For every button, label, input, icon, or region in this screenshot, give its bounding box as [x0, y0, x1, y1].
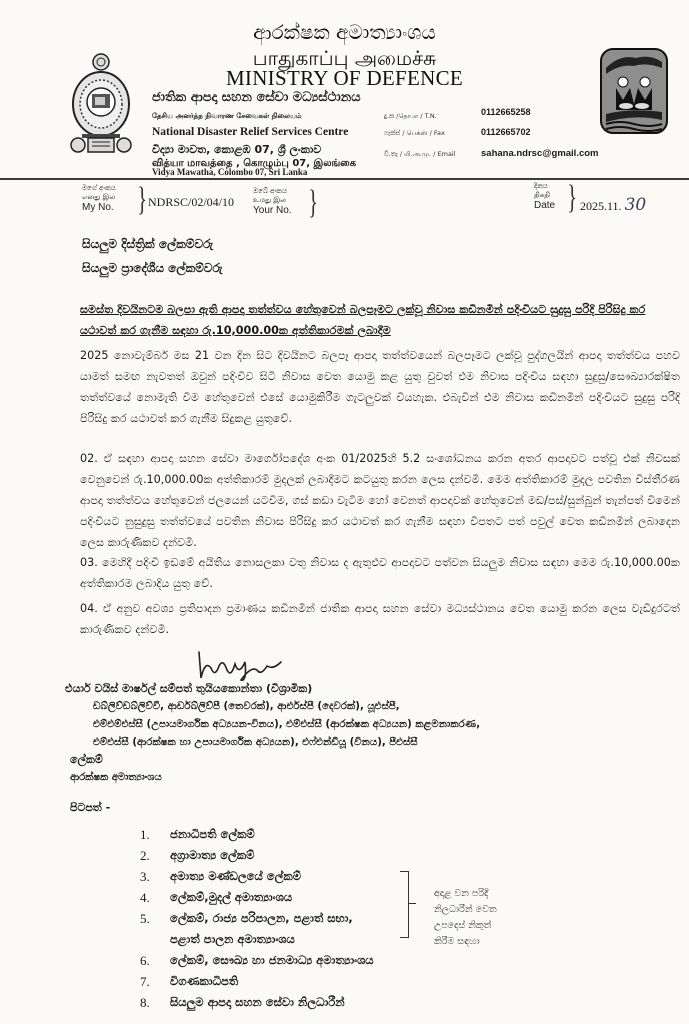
date-label: දිනය திகதி Date	[534, 182, 555, 211]
list-text: සියලුම ආපදා සහන සේවා නිලධාරීන්	[170, 995, 345, 1009]
list-item: 2.අග්‍රාමාත්‍ය ලේකම්	[140, 845, 374, 866]
copies-bracket	[400, 871, 409, 938]
my-no-value: NDRSC/02/04/10	[148, 195, 234, 210]
paragraph-4: 04. ඒ අනුව අවශ්‍ය ප්‍රතිපාදන ප්‍රමාණය කඩ…	[80, 598, 680, 640]
addressee-divisional-secretaries: සියලුම ප්‍රාදේශීය ලේකම්වරු	[82, 261, 223, 276]
date-printed: 2025.11.	[580, 199, 622, 213]
list-number: 8.	[140, 992, 150, 1013]
list-item: 4.ලේකම්,මුදල් අමාත්‍යාංශය	[140, 887, 374, 908]
list-item: 5.ලේකම්, රාජ්‍ය පරිපාලන, පළාත් සභා,පළාත්…	[140, 908, 374, 950]
copies-note-line: කිරීම සඳහා	[434, 934, 497, 950]
paragraph-2: 02. ඒ සඳහා ආපදා සහන සේවා මාර්ගෝපදේශ අංක …	[80, 448, 680, 553]
signatory-title: ලේකම්	[70, 753, 103, 767]
brace-icon: }	[137, 185, 147, 215]
signatory-qualifications-line-3: එම්එස්සී (ආරක්ෂක හා උපායමාර්ගික අධ්‍යයන)…	[93, 737, 418, 749]
copies-note-line: අදාළ වන පරිදි	[434, 886, 497, 902]
list-text: ලේකම්,මුදල් අමාත්‍යාංශය	[170, 890, 292, 904]
signatory-qualifications-line-2: එම්එම්එස්සී (උපායමාර්ගික අධ්‍යයන-විනය), …	[93, 719, 480, 731]
org-name-sinhala: ජාතික ආපදා සහන සේවා මධ්‍යස්ථානය	[152, 90, 361, 105]
my-no-label-tamil: எனது இல	[82, 193, 116, 202]
date-handwritten-day: 30	[625, 195, 647, 215]
list-text: ලේකම්, රාජ්‍ය පරිපාලන, පළාත් සභා,	[170, 911, 353, 925]
date-label-english: Date	[534, 200, 555, 211]
addressee-district-secretaries: සියලුම දිස්ත්‍රික් ලේකම්වරු	[82, 237, 213, 252]
my-no-label-sinhala: මගේ අංකය	[82, 184, 116, 193]
your-no-label-english: Your No.	[253, 205, 292, 216]
signatory-ministry: ආරක්ෂක අමාත්‍යාංශය	[70, 772, 162, 783]
copies-note-line: නිලධාරීන් වෙත	[434, 902, 497, 918]
date-label-sinhala: දිනය	[534, 182, 555, 191]
list-number: 6.	[140, 950, 150, 971]
list-text: ලේකම්, සෞඛ්‍ය හා ජනමාධ්‍ය අමාත්‍යාංශය	[170, 953, 374, 967]
list-text-continuation: පළාත් පාලන අමාත්‍යාංශය	[170, 929, 374, 950]
email-label: වි.තැ / மி.அ.மு. / Email	[384, 150, 456, 159]
list-number: 5.	[140, 908, 150, 929]
brace-icon: }	[308, 188, 318, 218]
letter-page: ආරක්ෂක අමාත්‍යාංශය பாதுகாப்பு அமைச்சு MI…	[0, 0, 689, 1024]
list-item: 8.සියලුම ආපදා සහන සේවා නිලධාරීන්	[140, 992, 374, 1013]
address-sinhala: විද්‍යා මාවත, කොළඹ 07, ශ්‍රී ලංකාව	[152, 143, 321, 157]
brace-icon: }	[567, 183, 577, 213]
telephone-label: දු.ක /தொ.எ / T.N.	[384, 112, 437, 121]
email-address: sahana.ndrsc@gmail.com	[481, 148, 599, 159]
copies-list: 1.ජනාධිපති ලේකම් 2.අග්‍රාමාත්‍ය ලේකම් 3.…	[140, 824, 374, 1013]
list-text: ජනාධිපති ලේකම්	[170, 827, 255, 841]
handwritten-signature	[195, 648, 285, 682]
your-no-label-sinhala: ඔබේ අංකය	[253, 187, 292, 196]
date-value: 2025.11. 30	[580, 195, 646, 215]
telephone-number: 0112665258	[481, 107, 531, 117]
date-label-tamil: திகதி	[534, 191, 555, 200]
org-name-english: National Disaster Relief Services Centre	[152, 126, 348, 138]
fax-number: 0112665702	[481, 127, 531, 137]
ministry-name-english: MINISTRY OF DEFENCE	[0, 66, 689, 91]
copies-label: පිටපත් -	[70, 801, 110, 815]
your-no-label: ඔබේ අංකය உமது இல Your No.	[253, 187, 292, 216]
copies-bracket-tick	[408, 903, 416, 904]
list-text: විගණකාධිපති	[170, 974, 238, 988]
signatory-name: එයාර් වයිස් මාර්ෂල් සම්පත් තුයියකොන්තා (…	[65, 682, 312, 696]
list-number: 7.	[140, 971, 150, 992]
signatory-qualifications-line-1: ඩබ්ලිව්ඩබ්ලිව්වී, ආර්ඩබ්ලිව්පී (තෙවරක්),…	[93, 701, 400, 713]
list-item: 7.විගණකාධිපති	[140, 971, 374, 992]
paragraph-3: 03. මෙහිදී පදිංචි ඉඩමේ අයිතිය නොසලකා වතු…	[80, 552, 680, 594]
copies-note: අදාළ වන පරිදි නිලධාරීන් වෙත උපදෙස් නිකුත…	[434, 886, 497, 950]
list-number: 3.	[140, 866, 150, 887]
list-number: 4.	[140, 887, 150, 908]
ministry-name-sinhala: ආරක්ෂක අමාත්‍යාංශය	[0, 20, 689, 44]
header-divider	[0, 178, 689, 180]
org-name-tamil: தேசிய அனர்த்த நிவாரண சேவைகள் நிலையம்	[152, 112, 302, 121]
list-item: 1.ජනාධිපති ලේකම්	[140, 824, 374, 845]
fax-label: ෆැක්ස් / பெக்ஸ் / Fax	[384, 129, 445, 138]
list-text: අග්‍රාමාත්‍ය ලේකම්	[170, 848, 254, 862]
copies-note-line: උපදෙස් නිකුත්	[434, 918, 497, 934]
paragraph-1: 2025 නොවැම්බර් මස 21 වන දින සිට දිවයිනට …	[80, 345, 680, 429]
letter-subject: සමස්ත දිවයිනටම බලපා ඇති ආපදා තත්ත්වය හේත…	[80, 299, 680, 341]
list-text: අමාත්‍ය මණ්ඩලයේ ලේකම්	[170, 869, 301, 883]
my-no-label-english: My No.	[82, 202, 116, 213]
my-no-label: මගේ අංකය எனது இல My No.	[82, 184, 116, 213]
address-english: Vidya Mawatha, Colombo 07, Sri Lanka	[152, 167, 307, 177]
your-no-label-tamil: உமது இல	[253, 196, 292, 205]
list-item: 6.ලේකම්, සෞඛ්‍ය හා ජනමාධ්‍ය අමාත්‍යාංශය	[140, 950, 374, 971]
list-number: 2.	[140, 845, 150, 866]
list-number: 1.	[140, 824, 150, 845]
list-item: 3.අමාත්‍ය මණ්ඩලයේ ලේකම්	[140, 866, 374, 887]
